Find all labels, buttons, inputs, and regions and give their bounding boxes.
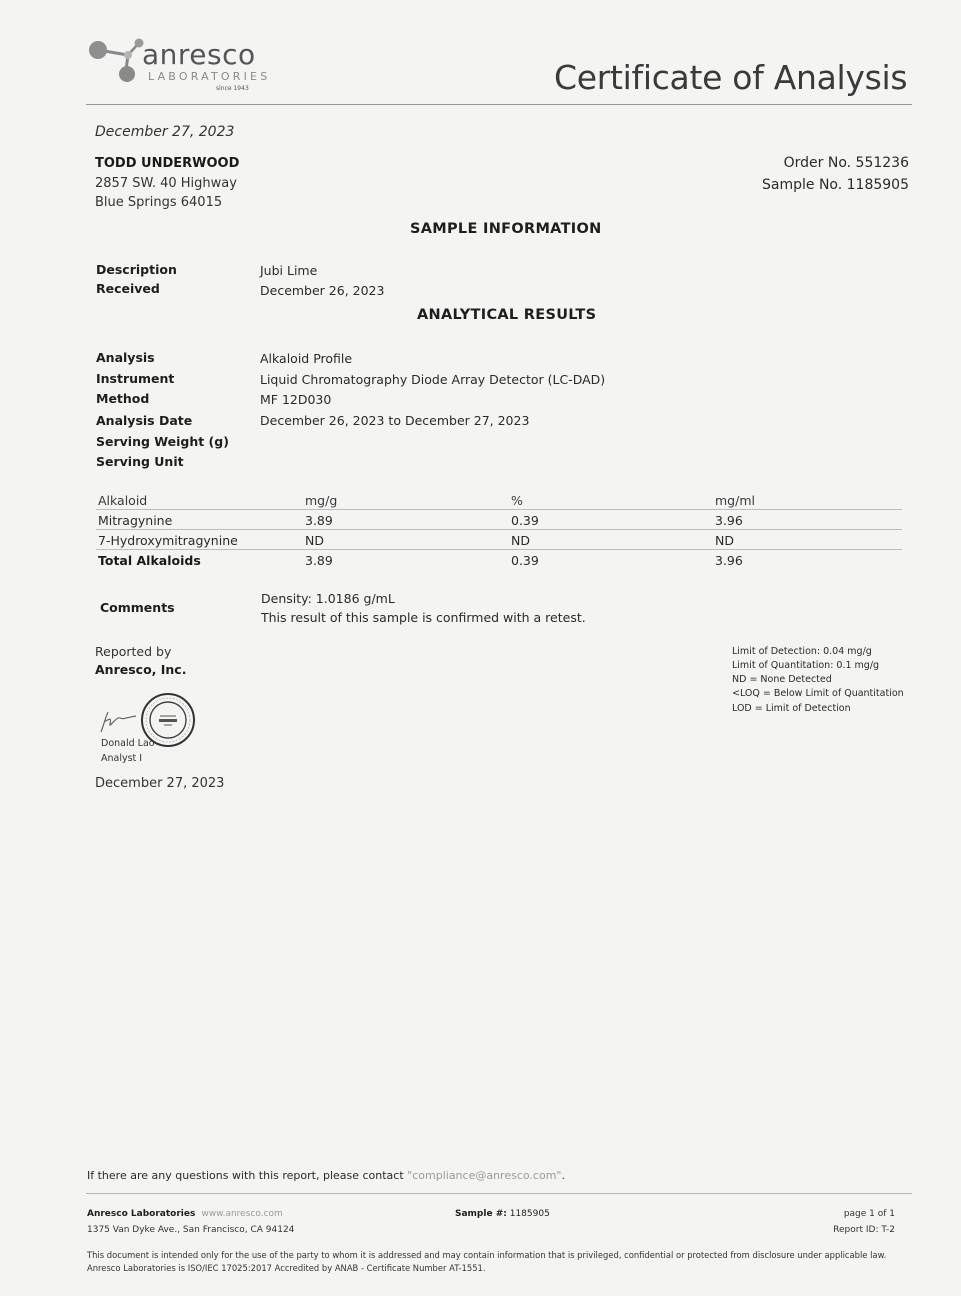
total-label: Total Alkaloids [96, 550, 303, 570]
analyst-name: Donald Lao [101, 738, 155, 749]
analytical-results-heading: ANALYTICAL RESULTS [417, 307, 596, 323]
legend-lod: Limit of Detection: 0.04 mg/g [732, 645, 872, 660]
contact-prefix: If there are any questions with this rep… [87, 1169, 407, 1182]
comment-line-density: Density: 1.0186 g/mL [261, 591, 395, 606]
alkaloid-name: Mitragynine [96, 510, 303, 530]
footer-address: 1375 Van Dyke Ave., San Francisco, CA 94… [87, 1225, 294, 1235]
total-mg-per-g: 3.89 [303, 550, 509, 570]
report-id: Report ID: T-2 [833, 1225, 895, 1235]
legal-disclaimer: This document is intended only for the u… [87, 1249, 887, 1275]
mg-per-ml-value: 3.96 [713, 510, 902, 530]
analysis-date-label: Analysis Date [96, 413, 192, 428]
column-header-mg-per-ml: mg/ml [713, 490, 902, 510]
client-address-line1: 2857 SW. 40 Highway [95, 176, 237, 191]
analysis-label: Analysis [96, 350, 155, 365]
footer-sample-value: 1185905 [510, 1209, 550, 1219]
contact-note: If there are any questions with this rep… [87, 1169, 565, 1182]
document-title: Certificate of Analysis [554, 58, 907, 97]
footer-website-link[interactable]: www.anresco.com [201, 1209, 282, 1219]
table-row: Mitragynine 3.89 0.39 3.96 [96, 510, 902, 530]
header-divider [86, 104, 912, 105]
reporting-company: Anresco, Inc. [95, 662, 186, 677]
percent-value: ND [509, 530, 713, 550]
contact-email-link[interactable]: "compliance@anresco.com" [407, 1169, 561, 1182]
sample-number: Sample No. 1185905 [762, 177, 909, 193]
logo-subtitle: LABORATORIES [148, 70, 270, 83]
table-header-row: Alkaloid mg/g % mg/ml [96, 490, 902, 510]
client-name: TODD UNDERWOOD [95, 156, 239, 171]
method-label: Method [96, 391, 149, 406]
signature-icon [98, 706, 138, 736]
order-number: Order No. 551236 [784, 155, 909, 171]
analyst-title: Analyst I [101, 753, 142, 764]
column-header-alkaloid: Alkaloid [96, 490, 303, 510]
reported-by-label: Reported by [95, 644, 171, 659]
logo-wordmark: anresco [142, 38, 256, 71]
received-label: Received [96, 281, 160, 296]
client-address-line2: Blue Springs 64015 [95, 195, 222, 210]
serving-unit-label: Serving Unit [96, 454, 184, 469]
mg-per-ml-value: ND [713, 530, 902, 550]
report-date: December 27, 2023 [95, 124, 234, 140]
legend-below-loq: <LOQ = Below Limit of Quantitation [732, 687, 904, 702]
legend-nd: ND = None Detected [732, 673, 832, 688]
signature-date: December 27, 2023 [95, 776, 224, 791]
alkaloid-results-table: Alkaloid mg/g % mg/ml Mitragynine 3.89 0… [96, 490, 902, 569]
column-header-mg-per-g: mg/g [303, 490, 509, 510]
comments-label: Comments [100, 600, 175, 615]
total-mg-per-ml: 3.96 [713, 550, 902, 570]
mg-per-g-value: ND [303, 530, 509, 550]
footer-company: Anresco Laboratorieswww.anresco.com [87, 1209, 283, 1219]
method-value: MF 12D030 [260, 392, 331, 407]
logo-since: since 1943 [216, 85, 249, 92]
contact-suffix: . [561, 1169, 565, 1182]
page-indicator: page 1 of 1 [844, 1209, 895, 1219]
total-percent: 0.39 [509, 550, 713, 570]
legend-loq: Limit of Quantitation: 0.1 mg/g [732, 659, 879, 674]
instrument-value: Liquid Chromatography Diode Array Detect… [260, 372, 605, 387]
description-label: Description [96, 262, 177, 277]
table-row: 7-Hydroxymitragynine ND ND ND [96, 530, 902, 550]
comment-line-retest: This result of this sample is confirmed … [261, 610, 586, 625]
footer-sample-label: Sample #: [455, 1209, 507, 1219]
description-value: Jubi Lime [260, 263, 317, 278]
sample-information-heading: SAMPLE INFORMATION [410, 221, 602, 237]
footer-sample: Sample #: 1185905 [455, 1209, 550, 1219]
serving-weight-label: Serving Weight (g) [96, 434, 229, 449]
analysis-date-value: December 26, 2023 to December 27, 2023 [260, 413, 529, 428]
received-value: December 26, 2023 [260, 283, 384, 298]
footer-divider [86, 1193, 912, 1194]
mg-per-g-value: 3.89 [303, 510, 509, 530]
alkaloid-name: 7-Hydroxymitragynine [96, 530, 303, 550]
percent-value: 0.39 [509, 510, 713, 530]
column-header-percent: % [509, 490, 713, 510]
footer-company-name: Anresco Laboratories [87, 1209, 195, 1219]
legend-lod-definition: LOD = Limit of Detection [732, 702, 851, 717]
analysis-value: Alkaloid Profile [260, 351, 352, 366]
table-total-row: Total Alkaloids 3.89 0.39 3.96 [96, 550, 902, 570]
instrument-label: Instrument [96, 371, 174, 386]
